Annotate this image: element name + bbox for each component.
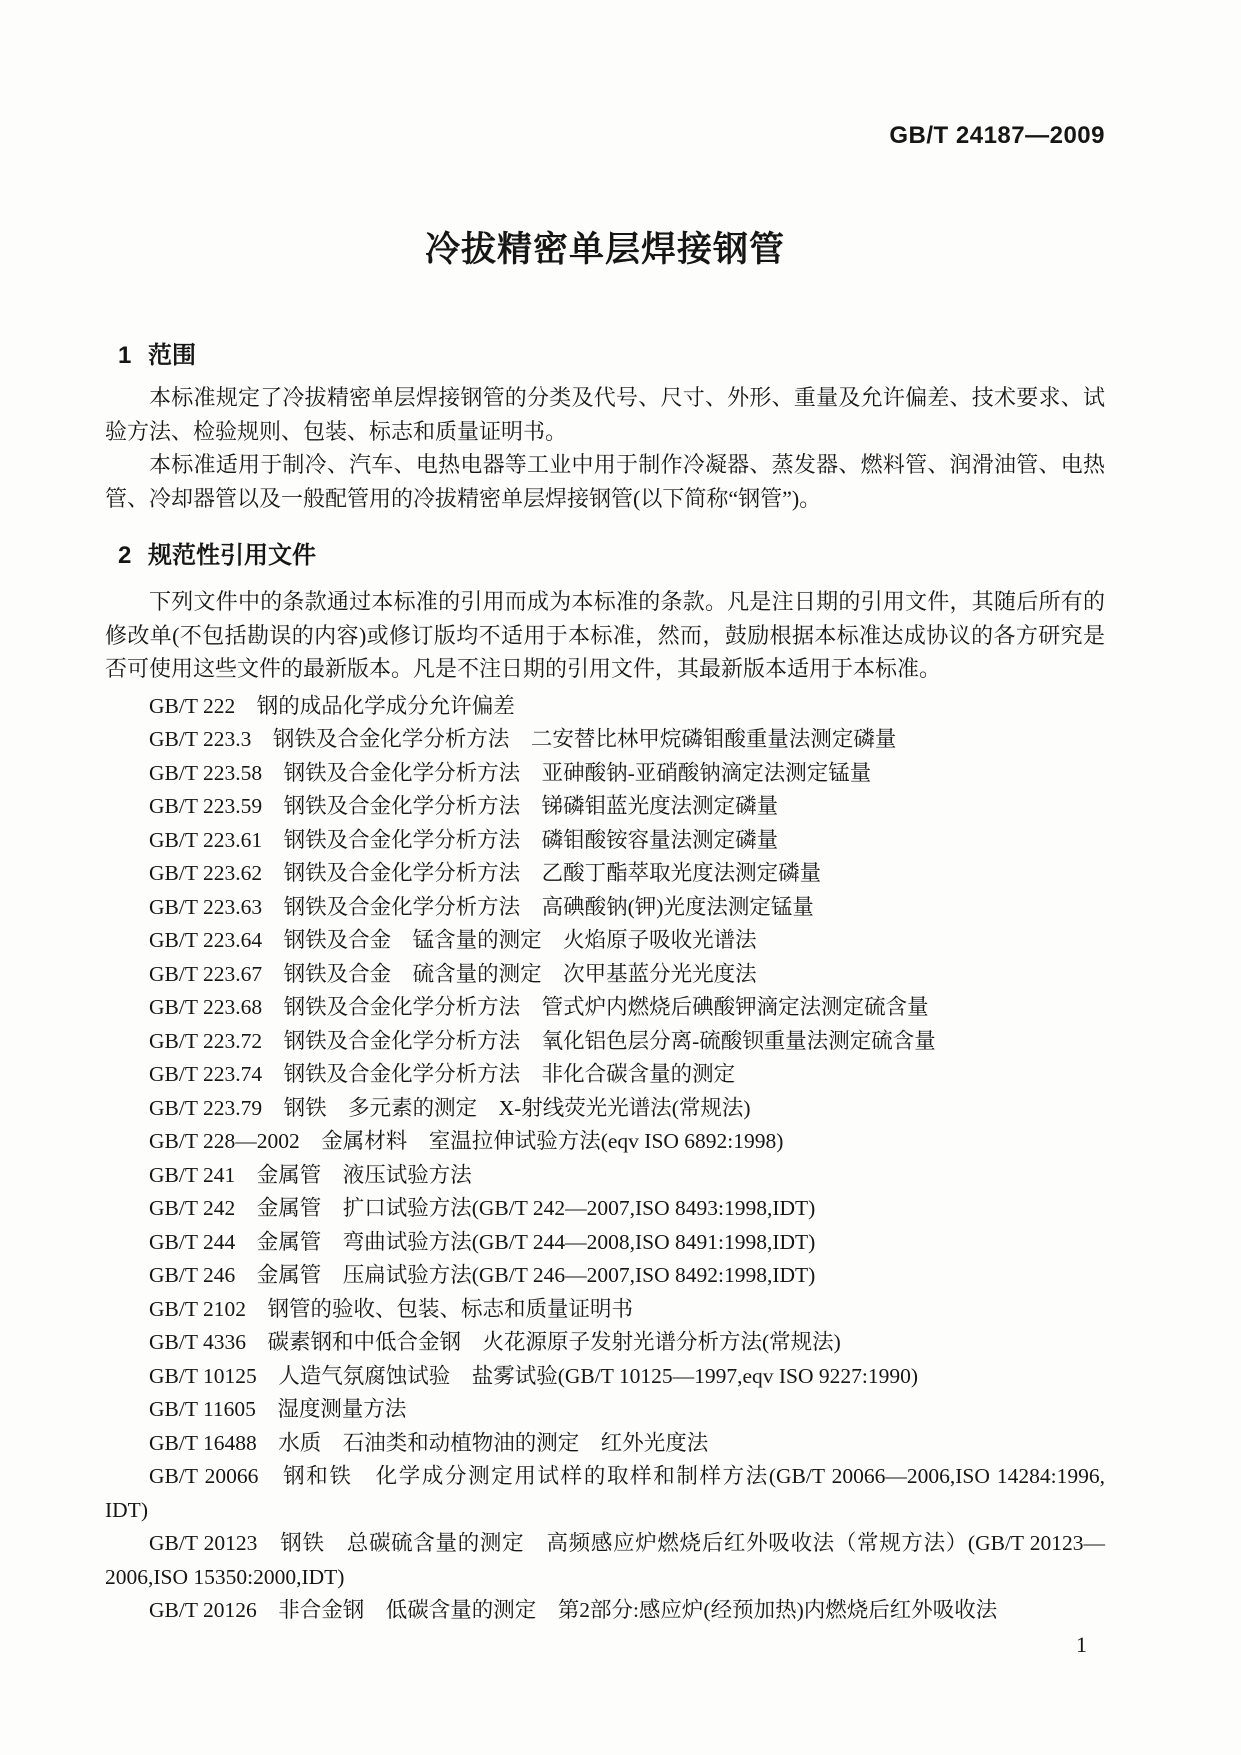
reference-item: GB/T 244 金属管 弯曲试验方法(GB/T 244—2008,ISO 84… [105, 1226, 1105, 1260]
reference-item: GB/T 11605 湿度测量方法 [105, 1393, 1105, 1427]
reference-item: GB/T 223.59 钢铁及合金化学分析方法 锑磷钼蓝光度法测定磷量 [105, 790, 1105, 824]
reference-item: GB/T 223.68 钢铁及合金化学分析方法 管式炉内燃烧后碘酸钾滴定法测定硫… [105, 991, 1105, 1025]
scope-paragraph-2: 本标准适用于制冷、汽车、电热电器等工业中用于制作冷凝器、蒸发器、燃料管、润滑油管… [105, 448, 1105, 515]
reference-item: GB/T 20126 非合金钢 低碳含量的测定 第2部分:感应炉(经预加热)内燃… [105, 1594, 1105, 1628]
reference-item: GB/T 20066 钢和铁 化学成分测定用试样的取样和制样方法(GB/T 20… [105, 1460, 1105, 1527]
scope-paragraph-1: 本标准规定了冷拔精密单层焊接钢管的分类及代号、尺寸、外形、重量及允许偏差、技术要… [105, 381, 1105, 448]
section-1-heading: 1 范围 [105, 341, 1105, 371]
reference-item: GB/T 228—2002 金属材料 室温拉伸试验方法(eqv ISO 6892… [105, 1125, 1105, 1159]
section-2-heading: 2 规范性引用文件 [105, 541, 1105, 571]
reference-item: GB/T 241 金属管 液压试验方法 [105, 1159, 1105, 1193]
document-title: 冷拔精密单层焊接钢管 [105, 230, 1105, 270]
reference-item: GB/T 223.61 钢铁及合金化学分析方法 磷钼酸铵容量法测定磷量 [105, 824, 1105, 858]
section-2-number: 2 [105, 541, 148, 571]
reference-item: GB/T 20123 钢铁 总碳硫含量的测定 高频感应炉燃烧后红外吸收法（常规方… [105, 1527, 1105, 1594]
reference-item: GB/T 16488 水质 石油类和动植物油的测定 红外光度法 [105, 1427, 1105, 1461]
reference-item: GB/T 223.72 钢铁及合金化学分析方法 氧化铝色层分离-硫酸钡重量法测定… [105, 1025, 1105, 1059]
scanned-document-page: { "header": { "standard_number": "GB/T 2… [0, 0, 1241, 1755]
section-2-title: 规范性引用文件 [148, 541, 316, 571]
reference-item: GB/T 242 金属管 扩口试验方法(GB/T 242—2007,ISO 84… [105, 1192, 1105, 1226]
reference-item: GB/T 223.67 钢铁及合金 硫含量的测定 次甲基蓝分光光度法 [105, 958, 1105, 992]
reference-item: GB/T 223.74 钢铁及合金化学分析方法 非化合碳含量的测定 [105, 1058, 1105, 1092]
reference-item: GB/T 223.3 钢铁及合金化学分析方法 二安替比林甲烷磷钼酸重量法测定磷量 [105, 723, 1105, 757]
reference-item: GB/T 223.64 钢铁及合金 锰含量的测定 火焰原子吸收光谱法 [105, 924, 1105, 958]
reference-item: GB/T 223.79 钢铁 多元素的测定 X-射线荧光光谱法(常规法) [105, 1092, 1105, 1126]
section-1-title: 范围 [148, 341, 196, 371]
reference-item: GB/T 223.62 钢铁及合金化学分析方法 乙酸丁酯萃取光度法测定磷量 [105, 857, 1105, 891]
reference-item: GB/T 223.63 钢铁及合金化学分析方法 高碘酸钠(钾)光度法测定锰量 [105, 891, 1105, 925]
standard-number: GB/T 24187—2009 [889, 122, 1105, 150]
reference-item: GB/T 223.58 钢铁及合金化学分析方法 亚砷酸钠-亚硝酸钠滴定法测定锰量 [105, 757, 1105, 791]
section-1-number: 1 [105, 341, 148, 371]
reference-item: GB/T 246 金属管 压扁试验方法(GB/T 246—2007,ISO 84… [105, 1259, 1105, 1293]
reference-item: GB/T 10125 人造气氛腐蚀试验 盐雾试验(GB/T 10125—1997… [105, 1360, 1105, 1394]
reference-item: GB/T 4336 碳素钢和中低合金钢 火花源原子发射光谱分析方法(常规法) [105, 1326, 1105, 1360]
references-intro-paragraph: 下列文件中的条款通过本标准的引用而成为本标准的条款。凡是注日期的引用文件，其随后… [105, 585, 1105, 686]
document-content: GB/T 24187—2009 冷拔精密单层焊接钢管 1 范围 本标准规定了冷拔… [105, 0, 1105, 1628]
reference-item: GB/T 222 钢的成品化学成分允许偏差 [105, 690, 1105, 724]
reference-item: GB/T 2102 钢管的验收、包装、标志和质量证明书 [105, 1293, 1105, 1327]
references-list: GB/T 222 钢的成品化学成分允许偏差 GB/T 223.3 钢铁及合金化学… [105, 690, 1105, 1628]
page-number: 1 [1076, 1632, 1087, 1658]
